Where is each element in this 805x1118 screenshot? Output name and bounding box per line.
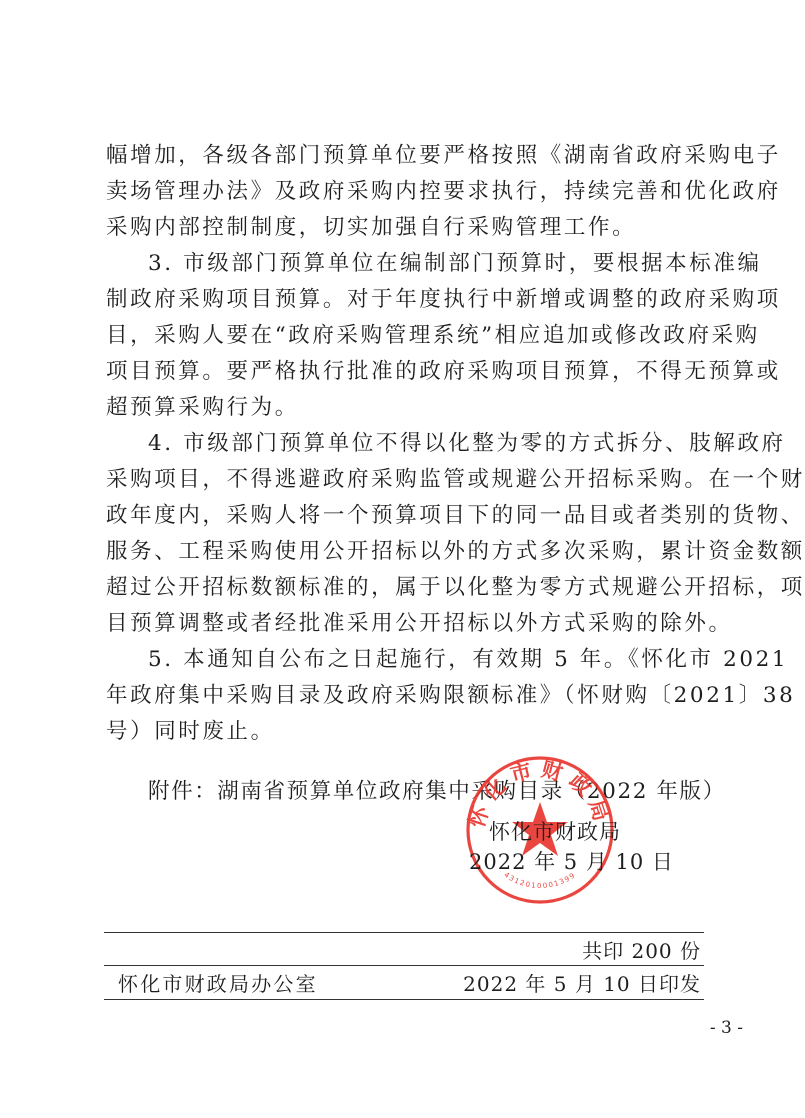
attachment-line: 附件：湖南省预算单位政府集中采购目录（2022 年版）: [148, 774, 702, 810]
body-line: 采购内部控制制度，切实加强自行采购管理工作。: [106, 210, 702, 246]
body-line: 4. 市级部门预算单位不得以化整为零的方式拆分、肢解政府: [148, 426, 702, 462]
footer-rule-middle: [104, 965, 704, 966]
body-line: 政年度内，采购人将一个预算项目下的同一品目或者类别的货物、: [106, 498, 702, 534]
body-line: 服务、工程采购使用公开招标以外的方式多次采购，累计资金数额: [106, 534, 702, 570]
body-line: 幅增加，各级各部门预算单位要严格按照《湖南省政府采购电子: [106, 138, 702, 174]
page-number: - 3 -: [710, 1018, 743, 1038]
issuing-office: 怀化市财政局办公室: [118, 969, 318, 999]
body-line: 采购项目，不得逃避政府采购监管或规避公开招标采购。在一个财: [106, 462, 702, 498]
footer-rule-top: [104, 932, 704, 933]
body-line: 年政府集中采购目录及政府采购限额标准》（怀财购〔2021〕38: [106, 678, 702, 714]
body-line: 项目预算。要严格执行批准的政府采购项目预算，不得无预算或: [106, 354, 702, 390]
body-line: 制政府采购项目预算。对于年度执行中新增或调整的政府采购项: [106, 282, 702, 318]
body-line: 卖场管理办法》及政府采购内控要求执行，持续完善和优化政府: [106, 174, 702, 210]
body-line: 目，采购人要在“政府采购管理系统”相应追加或修改政府采购: [106, 318, 702, 354]
issue-date: 2022 年 5 月 10 日印发: [463, 969, 701, 999]
body-line: 号）同时废止。: [106, 714, 702, 750]
body-line: 3. 市级部门预算单位在编制部门预算时，要根据本标准编: [148, 246, 702, 282]
signature-date: 2022 年 5 月 10 日: [469, 847, 674, 877]
body-line: 超预算采购行为。: [106, 390, 702, 426]
footer-rule-bottom: [104, 999, 704, 1000]
copies-count: 共印 200 份: [582, 936, 701, 966]
document-page: 幅增加，各级各部门预算单位要严格按照《湖南省政府采购电子 卖场管理办法》及政府采…: [0, 0, 805, 1118]
body-line: 5. 本通知自公布之日起施行，有效期 5 年。《怀化市 2021: [148, 642, 702, 678]
signature-issuer: 怀化市财政局: [489, 817, 621, 847]
body-line: 超过公开招标数额标准的，属于以化整为零方式规避公开招标，项: [106, 570, 702, 606]
body-line: 目预算调整或者经批准采用公开招标以外方式采购的除外。: [106, 606, 702, 642]
